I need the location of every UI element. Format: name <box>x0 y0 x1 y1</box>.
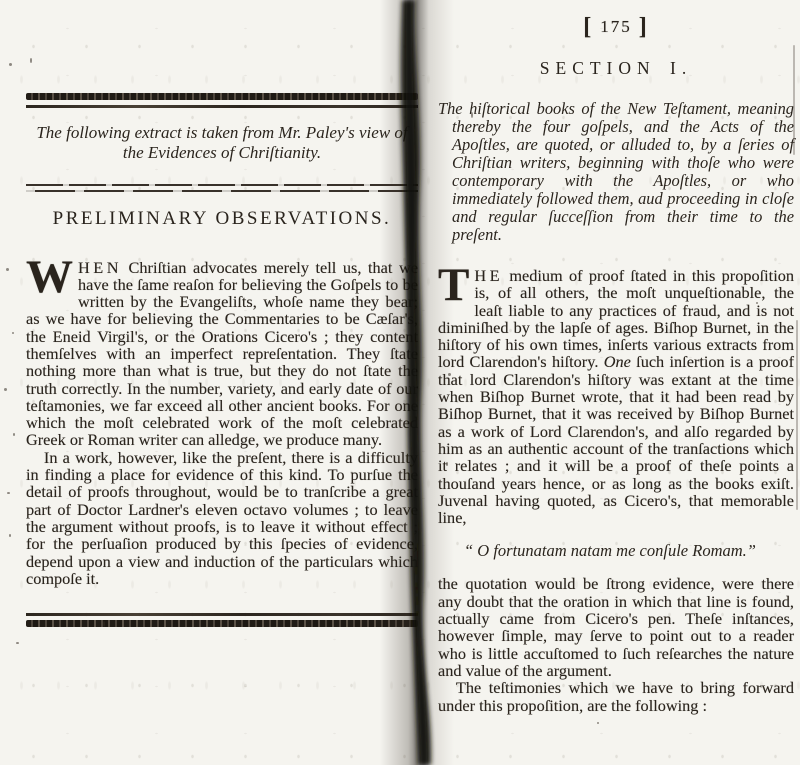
paragraph-text: Chriſtian advocates merely tell us, that… <box>26 258 418 450</box>
paper-speck <box>597 722 599 724</box>
paper-speck <box>6 268 9 271</box>
top-thin-rule <box>26 105 418 108</box>
right-page: [175] SECTION I. The hiſtorical books of… <box>438 0 794 714</box>
paper-speck <box>12 332 14 334</box>
right-paragraph-3: The teſtimonies which we have to bring f… <box>438 679 794 714</box>
right-paragraph-1: THE medium of proof ſtated in this propo… <box>438 267 794 526</box>
dropcap-w: W <box>26 259 78 295</box>
paper-speck <box>446 462 448 466</box>
paragraph-text: ſuch inſertion is a proof that lord Clar… <box>438 352 794 527</box>
paper-speck <box>7 492 10 494</box>
italic-word: One <box>604 352 631 371</box>
preliminary-observations-heading: PRELIMINARY OBSERVATIONS. <box>26 208 418 230</box>
dropcap-rest: HEN <box>78 258 122 277</box>
left-page: The following extract is taken from Mr. … <box>26 0 418 627</box>
section-summary: The hiſtorical books of the New Teſtamen… <box>438 100 794 244</box>
dropcap-t: T <box>438 267 474 303</box>
page-edge-crease <box>796 320 798 510</box>
section-heading: SECTION I. <box>438 58 794 79</box>
dropcap-rest: HE <box>474 266 503 285</box>
divider-line <box>26 184 418 186</box>
paper-speck <box>756 302 758 304</box>
bottom-rules <box>26 613 418 627</box>
divider-line <box>26 190 418 192</box>
section-divider <box>26 184 418 192</box>
bottom-thin-rule <box>26 613 418 616</box>
top-ornamental-rule <box>26 93 418 100</box>
paper-speck <box>103 621 105 627</box>
paper-speck <box>448 373 451 376</box>
left-paragraph-2: In a work, however, like the preſent, th… <box>26 449 418 587</box>
paper-speck <box>9 534 11 537</box>
page-number-value: 175 <box>600 17 632 36</box>
right-paragraph-2: the quotation would be ſtrong evidence, … <box>438 575 794 679</box>
page-number: [175] <box>438 14 794 41</box>
open-bracket: [ <box>576 14 600 40</box>
page-edge-crease <box>793 45 795 155</box>
close-bracket: ] <box>632 14 656 40</box>
paper-speck <box>13 433 15 436</box>
intro-note: The following extract is taken from Mr. … <box>30 123 414 163</box>
paper-speck <box>30 58 32 63</box>
paper-speck <box>16 642 19 644</box>
paper-speck <box>9 63 12 66</box>
bottom-ornamental-rule <box>26 620 418 627</box>
paper-speck <box>471 112 473 118</box>
latin-quote: “ O fortunatam natam me conſule Romam.” <box>438 541 794 561</box>
paper-speck <box>4 388 7 391</box>
left-paragraph-1: WHEN Chriſtian advocates merely tell us,… <box>26 259 418 449</box>
